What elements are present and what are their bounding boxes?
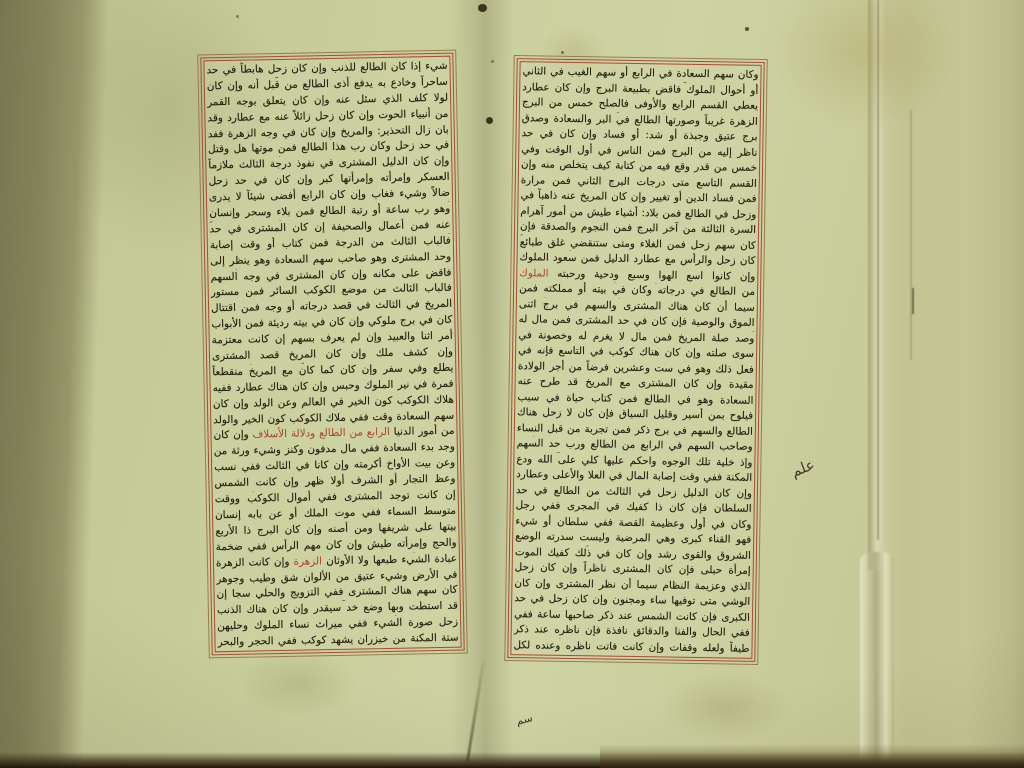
page-edge-ridge-bottom (860, 552, 894, 768)
ink-speck (486, 117, 493, 124)
manuscript-line: طيفاً ولعله وقفات وإن كانت فاتت ناظره وع… (513, 638, 749, 657)
red-ink-word: الزهرة (293, 555, 322, 568)
margin-note: علم (789, 455, 818, 480)
ink-speck (478, 4, 487, 12)
fore-edge-streak (912, 288, 914, 314)
fore-edge-pages (872, 0, 1024, 768)
ink-speck (491, 60, 494, 63)
red-ink-word: الرابع من الطالع ودلالة الأسلاف (252, 426, 390, 441)
stain (660, 672, 790, 742)
bottom-edge-shadow (600, 744, 1024, 768)
left-page-edge-shadow (0, 0, 110, 768)
right-text-block: وكان سهم السعادة في الرابع أو سهم الغيب … (504, 55, 767, 665)
ink-speck (236, 15, 239, 18)
left-page-text: شيء إذا كان الطالع للذنب وإن كان زحل هاب… (206, 59, 458, 652)
catchword-mark: سم (515, 711, 534, 728)
fore-edge-crease (910, 110, 912, 360)
red-ink-word: الملوك (519, 267, 548, 279)
ink-speck (745, 27, 749, 31)
stain (238, 648, 358, 718)
fore-edge-crease (877, 0, 879, 540)
left-text-block: شيء إذا كان الطالع للذنب وإن كان زحل هاب… (197, 50, 468, 659)
ink-speck (561, 51, 564, 54)
manuscript-photo: شيء إذا كان الطالع للذنب وإن كان زحل هاب… (0, 0, 1024, 768)
right-page-text: وكان سهم السعادة في الرابع أو سهم الغيب … (513, 64, 758, 658)
